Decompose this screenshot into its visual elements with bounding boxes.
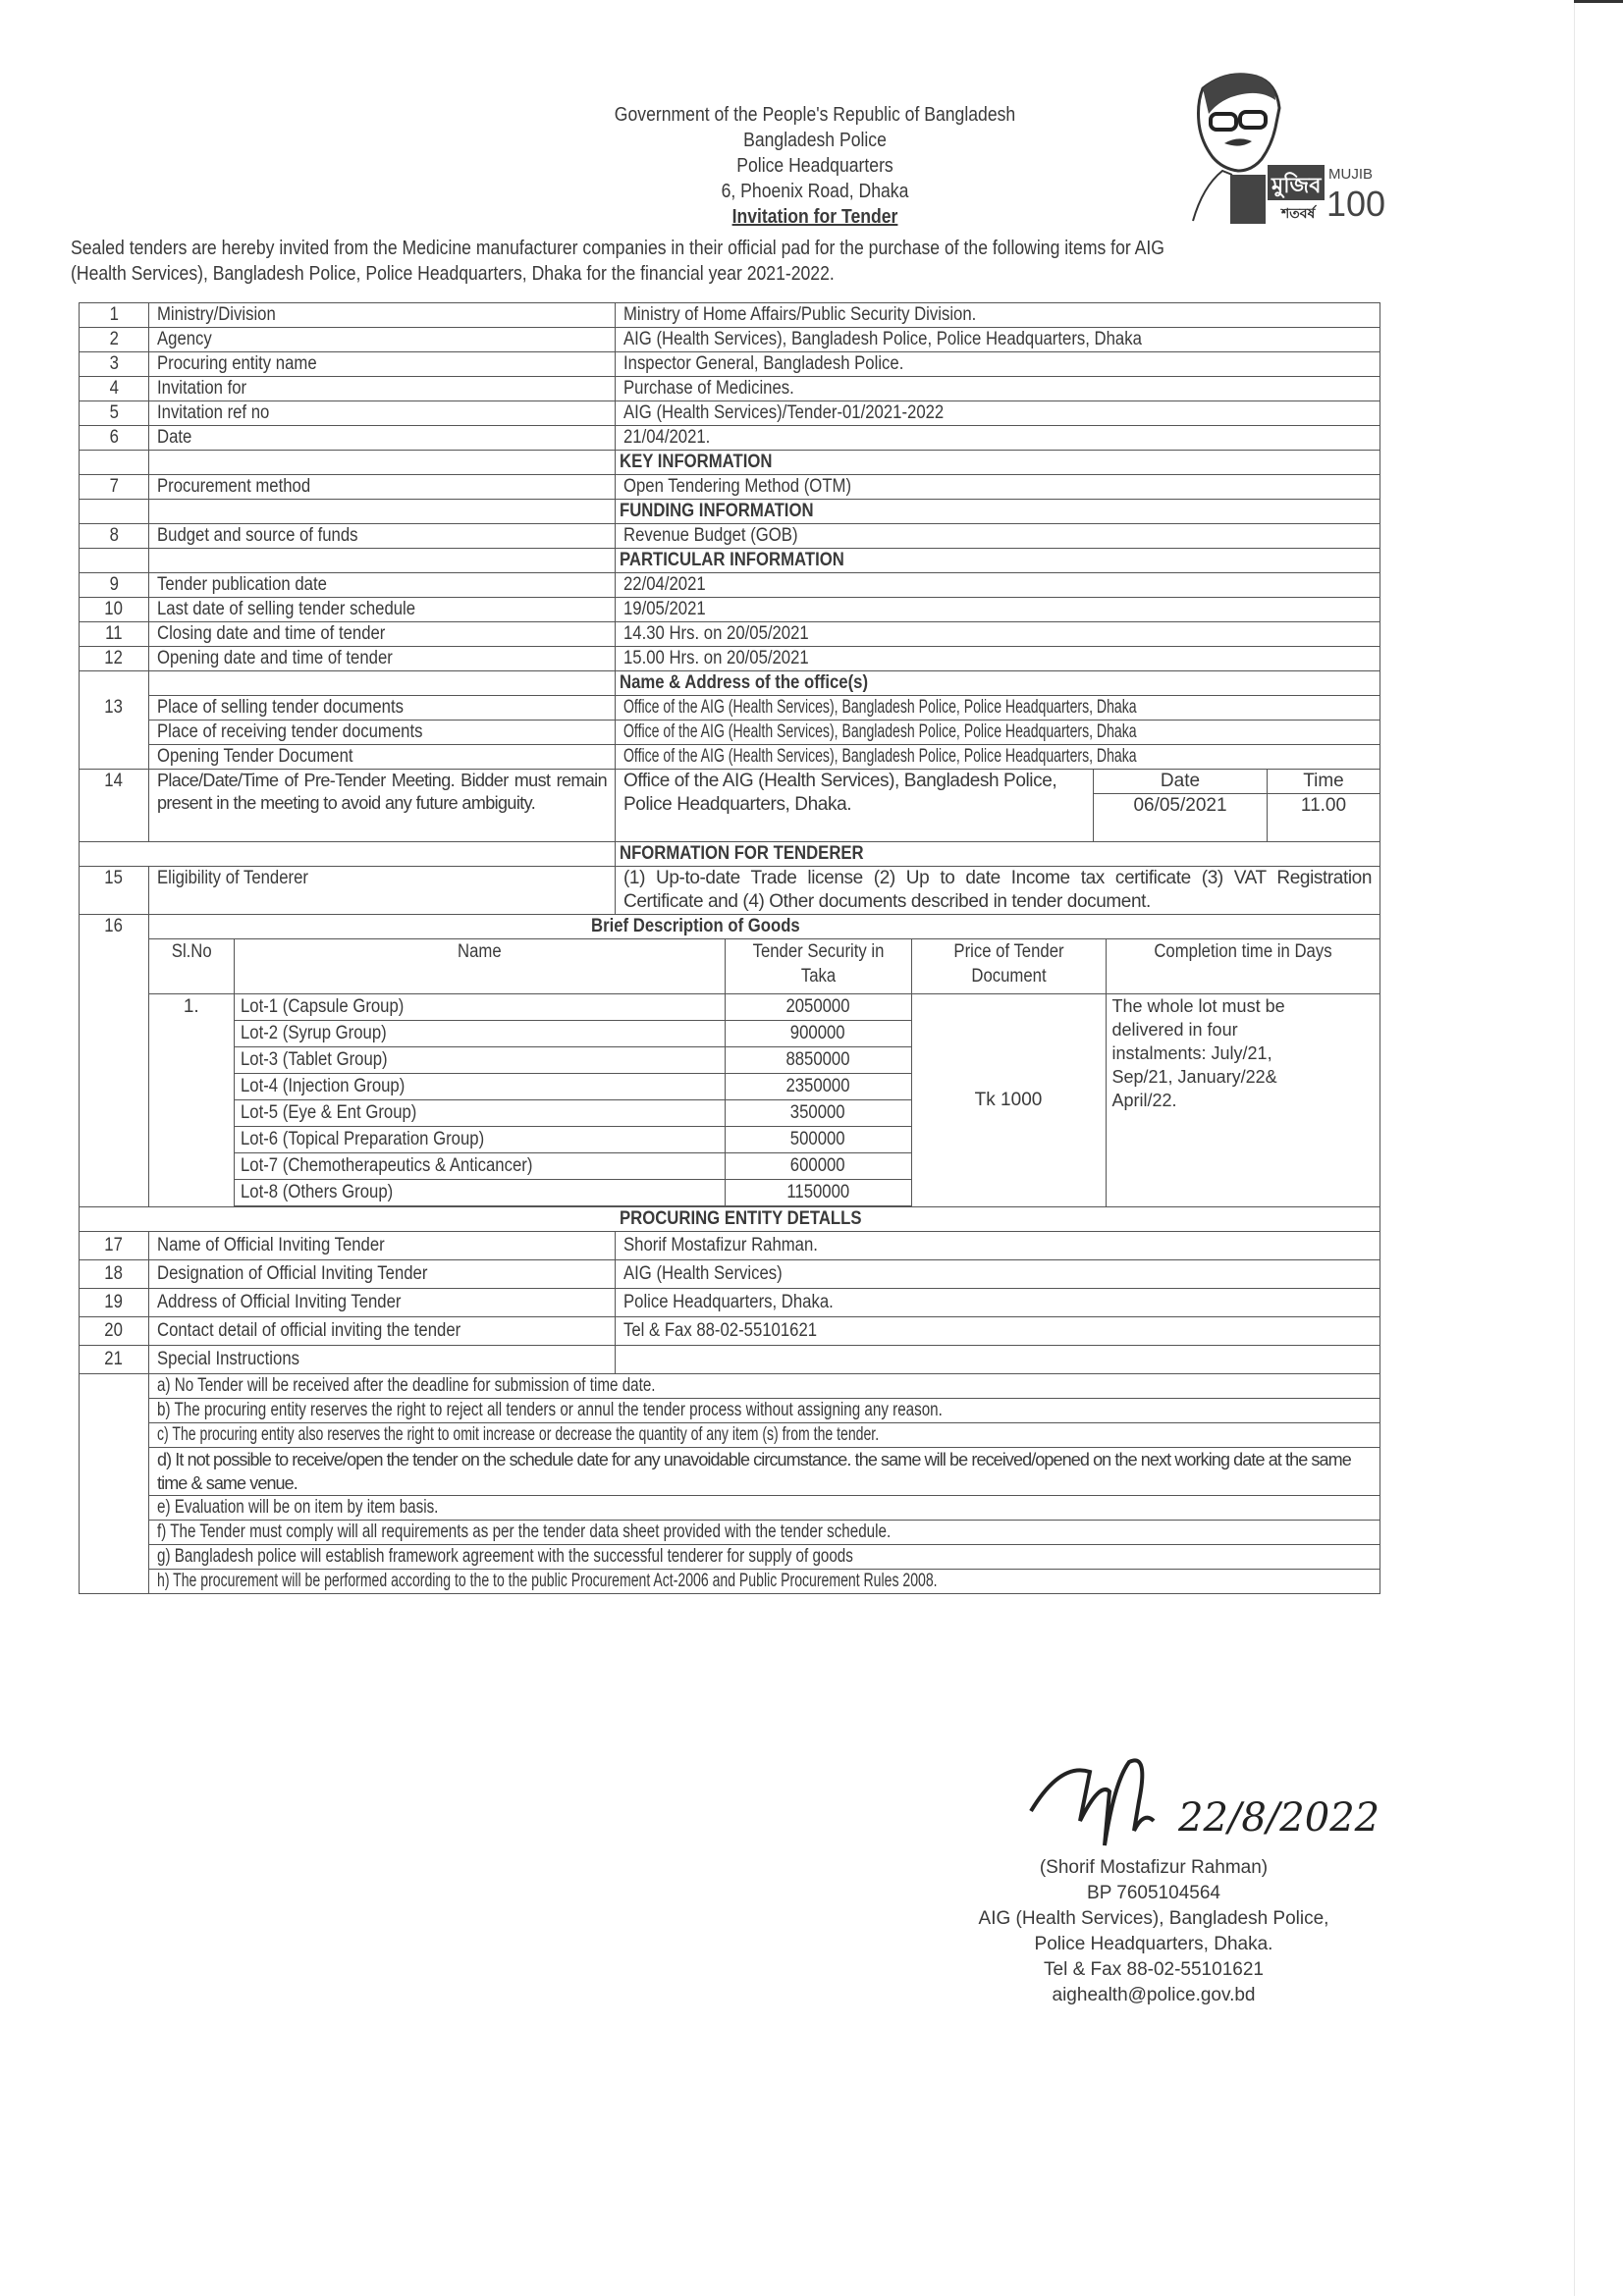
row-label: Place/Date/Time of Pre-Tender Meeting. B…	[157, 771, 607, 813]
meeting-time: 11.00	[1268, 794, 1380, 841]
table-row: 7 Procurement method Open Tendering Meth…	[80, 475, 1380, 500]
signatory-office: Police Headquarters, Dhaka.	[923, 1932, 1384, 1957]
row-value: Police Headquarters, Dhaka.	[623, 1289, 834, 1316]
row-number: 21	[105, 1346, 124, 1373]
lot-row: 1.Lot-1 (Capsule Group)2050000Tk 1000The…	[149, 994, 1380, 1021]
header-line: Police Headquarters	[581, 153, 1048, 179]
completion-time: The whole lot must be delivered in four …	[1112, 994, 1319, 1112]
row-value: 22/04/2021	[623, 573, 706, 597]
instruction-row: f) The Tender must comply will all requi…	[80, 1521, 1380, 1545]
section-heading: Name & Address of the office(s)	[620, 671, 868, 695]
instruction-text: f) The Tender must comply will all requi…	[157, 1521, 891, 1544]
row-value: AIG (Health Services)/Tender-01/2021-202…	[623, 401, 944, 425]
header-line: Bangladesh Police	[581, 128, 1048, 153]
table-row-eligibility: 15 Eligibility of Tenderer (1) Up-to-dat…	[80, 866, 1380, 914]
row-number: 7	[109, 475, 118, 499]
row-label: Name of Official Inviting Tender	[157, 1232, 385, 1259]
lot-security: 500000	[790, 1127, 845, 1151]
lot-security: 350000	[790, 1100, 845, 1125]
table-row: 9Tender publication date22/04/2021	[80, 573, 1380, 598]
section-heading: KEY INFORMATION	[620, 451, 772, 474]
row-number: 11	[105, 622, 122, 646]
section-particular-information: PARTICULAR INFORMATION	[80, 549, 1380, 573]
sl-number: 1.	[184, 996, 199, 1017]
goods-row: Sl.No Name Tender Security in Taka Price…	[80, 938, 1380, 1207]
table-row: 8 Budget and source of funds Revenue Bud…	[80, 524, 1380, 549]
column-header-completion: Completion time in Days	[1154, 939, 1331, 964]
lot-name: Lot-2 (Syrup Group)	[241, 1021, 387, 1046]
instruction-row: e) Evaluation will be on item by item ba…	[80, 1496, 1380, 1521]
table-row: Place of receiving tender documents Offi…	[80, 721, 1380, 745]
column-header-security: Tender Security in Taka	[741, 939, 894, 988]
signatory-bp: BP 7605104564	[923, 1881, 1384, 1906]
row-label: Date	[157, 426, 191, 450]
row-value: Shorif Mostafizur Rahman.	[623, 1232, 818, 1259]
signatory-designation: AIG (Health Services), Bangladesh Police…	[923, 1906, 1384, 1932]
meeting-date: 06/05/2021	[1094, 794, 1268, 841]
section-info-tenderer: NFORMATION FOR TENDERER	[80, 841, 1380, 866]
table-row: 21Special Instructions	[80, 1346, 1380, 1374]
page-edge-mark	[1574, 0, 1623, 3]
section-heading: PROCURING ENTITY DETALLS	[620, 1207, 861, 1231]
instruction-row: c) The procuring entity also reserves th…	[80, 1423, 1380, 1448]
instruction-text: g) Bangladesh police will establish fram…	[157, 1545, 853, 1569]
row-value: AIG (Health Services)	[623, 1260, 783, 1288]
row-number: 12	[105, 647, 124, 670]
document-title: Invitation for Tender	[581, 204, 1048, 230]
row-label: Agency	[157, 328, 212, 351]
section-procuring-entity: PROCURING ENTITY DETALLS	[80, 1207, 1380, 1232]
table-row: 10Last date of selling tender schedule19…	[80, 598, 1380, 622]
table-row: 4Invitation forPurchase of Medicines.	[80, 377, 1380, 401]
section-brief-goods: 16 Brief Description of Goods	[80, 914, 1380, 938]
row-value: 15.00 Hrs. on 20/05/2021	[623, 647, 809, 670]
section-heading: Brief Description of Goods	[591, 915, 800, 938]
section-heading: PARTICULAR INFORMATION	[620, 549, 844, 572]
lot-security: 2350000	[785, 1074, 849, 1098]
row-label: Designation of Official Inviting Tender	[157, 1260, 427, 1288]
table-row: 6Date21/04/2021.	[80, 426, 1380, 451]
section-heading: NFORMATION FOR TENDERER	[620, 842, 864, 866]
table-row-pre-tender-meeting: 14 Place/Date/Time of Pre-Tender Meeting…	[80, 770, 1380, 842]
row-value: 19/05/2021	[623, 598, 706, 621]
page-edge	[1574, 0, 1575, 2296]
row-value: Office of the AIG (Health Services), Ban…	[623, 696, 1137, 720]
table-row: 1Ministry/DivisionMinistry of Home Affai…	[80, 303, 1380, 328]
row-number: 20	[105, 1317, 124, 1345]
row-label: Invitation ref no	[157, 401, 269, 425]
row-number: 2	[109, 328, 118, 351]
row-label: Special Instructions	[157, 1346, 299, 1373]
row-number: 4	[109, 377, 118, 400]
row-number: 6	[109, 426, 118, 450]
lot-security: 2050000	[785, 994, 849, 1019]
row-label: Contact detail of official inviting the …	[157, 1317, 460, 1345]
row-value: Office of the AIG (Health Services), Ban…	[623, 745, 1137, 769]
goods-table: Sl.No Name Tender Security in Taka Price…	[149, 939, 1380, 1207]
row-label: Opening date and time of tender	[157, 647, 393, 670]
row-value: 21/04/2021.	[623, 426, 710, 450]
row-label: Invitation for	[157, 377, 246, 400]
table-row: 3Procuring entity nameInspector General,…	[80, 352, 1380, 377]
row-value: Ministry of Home Affairs/Public Security…	[623, 303, 976, 327]
table-row: 12Opening date and time of tender15.00 H…	[80, 647, 1380, 671]
row-value: (1) Up-to-date Trade license (2) Up to d…	[623, 868, 1372, 912]
instruction-text: c) The procuring entity also reserves th…	[157, 1423, 879, 1447]
signatory-name: (Shorif Mostafizur Rahman)	[923, 1855, 1384, 1881]
svg-text:MUJIB: MUJIB	[1328, 166, 1373, 183]
intro-line: Sealed tenders are hereby invited from t…	[71, 236, 1419, 261]
row-value: Revenue Budget (GOB)	[623, 524, 798, 548]
row-value: Purchase of Medicines.	[623, 377, 794, 400]
header-line: 6, Phoenix Road, Dhaka	[581, 179, 1048, 204]
signature-block: (Shorif Mostafizur Rahman) BP 7605104564…	[923, 1757, 1384, 2008]
row-label: Budget and source of funds	[157, 524, 358, 548]
section-name-address: Name & Address of the office(s)	[80, 671, 1380, 696]
row-number: 3	[109, 352, 118, 376]
instruction-text: e) Evaluation will be on item by item ba…	[157, 1496, 438, 1520]
row-number: 19	[105, 1289, 124, 1316]
pre-tender-meeting-table: Office of the AIG (Health Services), Ban…	[616, 770, 1380, 841]
row-number: 15	[105, 867, 124, 890]
goods-header-row: Sl.No Name Tender Security in Taka Price…	[149, 939, 1380, 994]
section-heading: FUNDING INFORMATION	[620, 500, 814, 523]
column-header-price: Price of Tender Document	[929, 939, 1089, 988]
column-header-sl: Sl.No	[171, 939, 211, 964]
lot-name: Lot-3 (Tablet Group)	[241, 1047, 388, 1073]
price-of-document: Tk 1000	[975, 1090, 1043, 1110]
table-row: 18Designation of Official Inviting Tende…	[80, 1260, 1380, 1289]
document-header: Government of the People's Republic of B…	[581, 102, 1048, 230]
row-number: 1	[109, 303, 118, 327]
row-number: 5	[109, 401, 118, 425]
instruction-row: d) It not possible to receive/open the t…	[80, 1448, 1380, 1496]
row-number: 14	[105, 770, 124, 793]
row-label: Eligibility of Tenderer	[157, 867, 308, 890]
intro-line: (Health Services), Bangladesh Police, Po…	[71, 261, 1419, 287]
lot-security: 900000	[790, 1021, 845, 1045]
row-value: AIG (Health Services), Bangladesh Police…	[623, 328, 1142, 351]
tender-details-table: 1Ministry/DivisionMinistry of Home Affai…	[79, 302, 1380, 1594]
row-label: Tender publication date	[157, 573, 327, 597]
header-line: Government of the People's Republic of B…	[581, 102, 1048, 128]
instruction-row: a) No Tender will be received after the …	[80, 1374, 1380, 1399]
table-row: Opening Tender Document Office of the AI…	[80, 745, 1380, 770]
instruction-row: b) The procuring entity reserves the rig…	[80, 1399, 1380, 1423]
table-row: 20Contact detail of official inviting th…	[80, 1317, 1380, 1346]
lot-name: Lot-7 (Chemotherapeutics & Anticancer)	[241, 1153, 532, 1179]
meeting-date-header: Date	[1094, 770, 1268, 794]
row-value: Tel & Fax 88-02-55101621	[623, 1317, 817, 1345]
instruction-text: d) It not possible to receive/open the t…	[157, 1450, 1351, 1493]
row-number: 16	[105, 915, 124, 938]
svg-text:মুজিব: মুজিব	[1271, 172, 1322, 199]
row-label: Procurement method	[157, 475, 310, 499]
instruction-text: a) No Tender will be received after the …	[157, 1374, 656, 1398]
row-number: 8	[109, 524, 118, 548]
table-row: 5Invitation ref noAIG (Health Services)/…	[80, 401, 1380, 426]
instruction-text: b) The procuring entity reserves the rig…	[157, 1399, 943, 1422]
svg-text:শতবর্ষ: শতবর্ষ	[1280, 204, 1317, 222]
lot-security: 8850000	[785, 1047, 849, 1072]
signatory-tel: Tel & Fax 88-02-55101621	[923, 1957, 1384, 1983]
row-number: 17	[105, 1232, 124, 1259]
intro-paragraph: Sealed tenders are hereby invited from t…	[71, 236, 1419, 287]
row-label: Last date of selling tender schedule	[157, 598, 415, 621]
row-label: Ministry/Division	[157, 303, 276, 327]
meeting-place: Office of the AIG (Health Services), Ban…	[623, 770, 1085, 817]
row-value: Inspector General, Bangladesh Police.	[623, 352, 903, 376]
column-header-name: Name	[458, 939, 502, 964]
lot-name: Lot-5 (Eye & Ent Group)	[241, 1100, 416, 1126]
lot-security: 1150000	[786, 1180, 849, 1204]
row-label: Closing date and time of tender	[157, 622, 385, 646]
lot-name: Lot-6 (Topical Preparation Group)	[241, 1127, 484, 1152]
row-label: Place of selling tender documents	[157, 696, 404, 720]
lot-name: Lot-4 (Injection Group)	[241, 1074, 405, 1099]
row-label: Procuring entity name	[157, 352, 317, 376]
table-row: 2AgencyAIG (Health Services), Bangladesh…	[80, 328, 1380, 352]
row-label: Address of Official Inviting Tender	[157, 1289, 401, 1316]
row-number: 13	[105, 696, 124, 720]
lot-security: 600000	[790, 1153, 845, 1178]
instruction-text: h) The procurement will be performed acc…	[157, 1570, 938, 1593]
row-label: Opening Tender Document	[157, 745, 353, 769]
signatory-email[interactable]: aighealth@police.gov.bd	[923, 1983, 1384, 2008]
row-number: 9	[109, 573, 118, 597]
section-funding-information: FUNDING INFORMATION	[80, 500, 1380, 524]
instruction-row: h) The procurement will be performed acc…	[80, 1570, 1380, 1594]
table-row: 19Address of Official Inviting TenderPol…	[80, 1289, 1380, 1317]
svg-text:100: 100	[1326, 184, 1384, 224]
row-value: Open Tendering Method (OTM)	[623, 475, 851, 499]
lot-name: Lot-8 (Others Group)	[241, 1180, 393, 1205]
table-row: 17Name of Official Inviting TenderShorif…	[80, 1232, 1380, 1260]
row-label: Place of receiving tender documents	[157, 721, 422, 744]
row-number: 18	[105, 1260, 124, 1288]
table-row: 13 Place of selling tender documents Off…	[80, 696, 1380, 721]
row-value: 14.30 Hrs. on 20/05/2021	[623, 622, 809, 646]
section-key-information: KEY INFORMATION	[80, 451, 1380, 475]
mujib-100-logo-icon: মুজিব শতবর্ষ MUJIB 100	[1173, 69, 1384, 226]
meeting-time-header: Time	[1268, 770, 1380, 794]
table-row: 11Closing date and time of tender14.30 H…	[80, 622, 1380, 647]
lot-name: Lot-1 (Capsule Group)	[241, 994, 404, 1020]
row-number: 10	[105, 598, 124, 621]
instruction-row: g) Bangladesh police will establish fram…	[80, 1545, 1380, 1570]
row-value: Office of the AIG (Health Services), Ban…	[623, 721, 1137, 744]
